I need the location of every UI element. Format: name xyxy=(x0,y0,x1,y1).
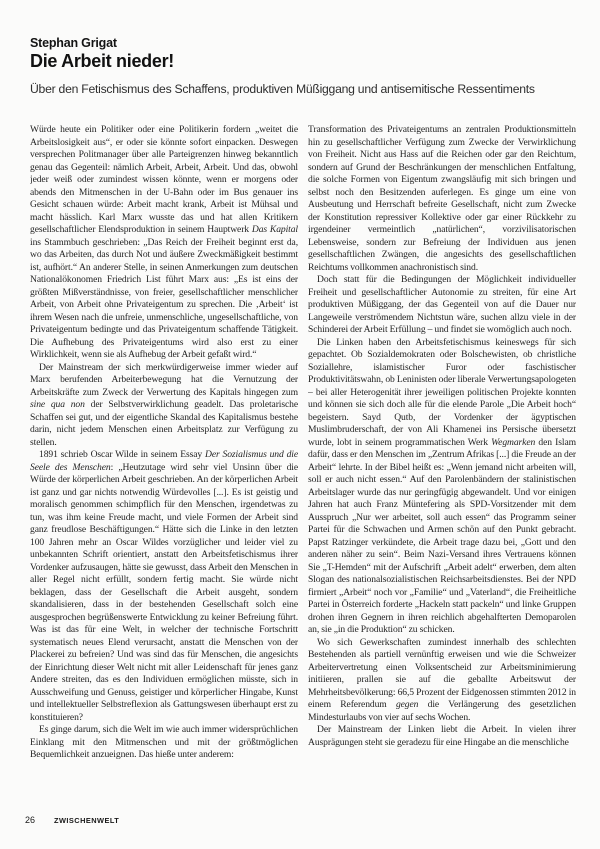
paragraph: Der Mainstream der sich merkwürdigerweis… xyxy=(30,362,298,450)
author-name: Stephan Grigat xyxy=(30,36,576,50)
journal-name: ZWISCHENWELT xyxy=(54,816,119,825)
article-body: Würde heute ein Politiker oder eine Poli… xyxy=(30,124,576,804)
paragraph: Wo sich Gewerkschaften zumindest innerha… xyxy=(308,637,576,725)
article-title: Die Arbeit nieder! xyxy=(30,51,576,72)
page-number: 26 xyxy=(25,815,35,825)
paragraph: Transformation des Privateigentums an ze… xyxy=(308,124,576,274)
page-footer: 26 ZWISCHENWELT xyxy=(25,815,119,825)
paragraph: Der Mainstream der Linken liebt die Arbe… xyxy=(308,724,576,749)
paragraph: Doch statt für die Bedingungen der Mögli… xyxy=(308,274,576,337)
left-column: Würde heute ein Politiker oder eine Poli… xyxy=(30,124,298,804)
article-subtitle: Über den Fetischismus des Schaffens, pro… xyxy=(30,82,576,97)
paragraph: Würde heute ein Politiker oder eine Poli… xyxy=(30,124,298,362)
magazine-page: Stephan Grigat Die Arbeit nieder! Über d… xyxy=(0,0,600,849)
paragraph: Die Linken haben den Arbeitsfetischismus… xyxy=(308,337,576,637)
paragraph: 1891 schrieb Oscar Wilde in seinem Essay… xyxy=(30,449,298,724)
paragraph: Es ginge darum, sich die Welt im wie auc… xyxy=(30,724,298,762)
article-header: Stephan Grigat Die Arbeit nieder! Über d… xyxy=(30,36,576,97)
right-column: Transformation des Privateigentums an ze… xyxy=(308,124,576,804)
